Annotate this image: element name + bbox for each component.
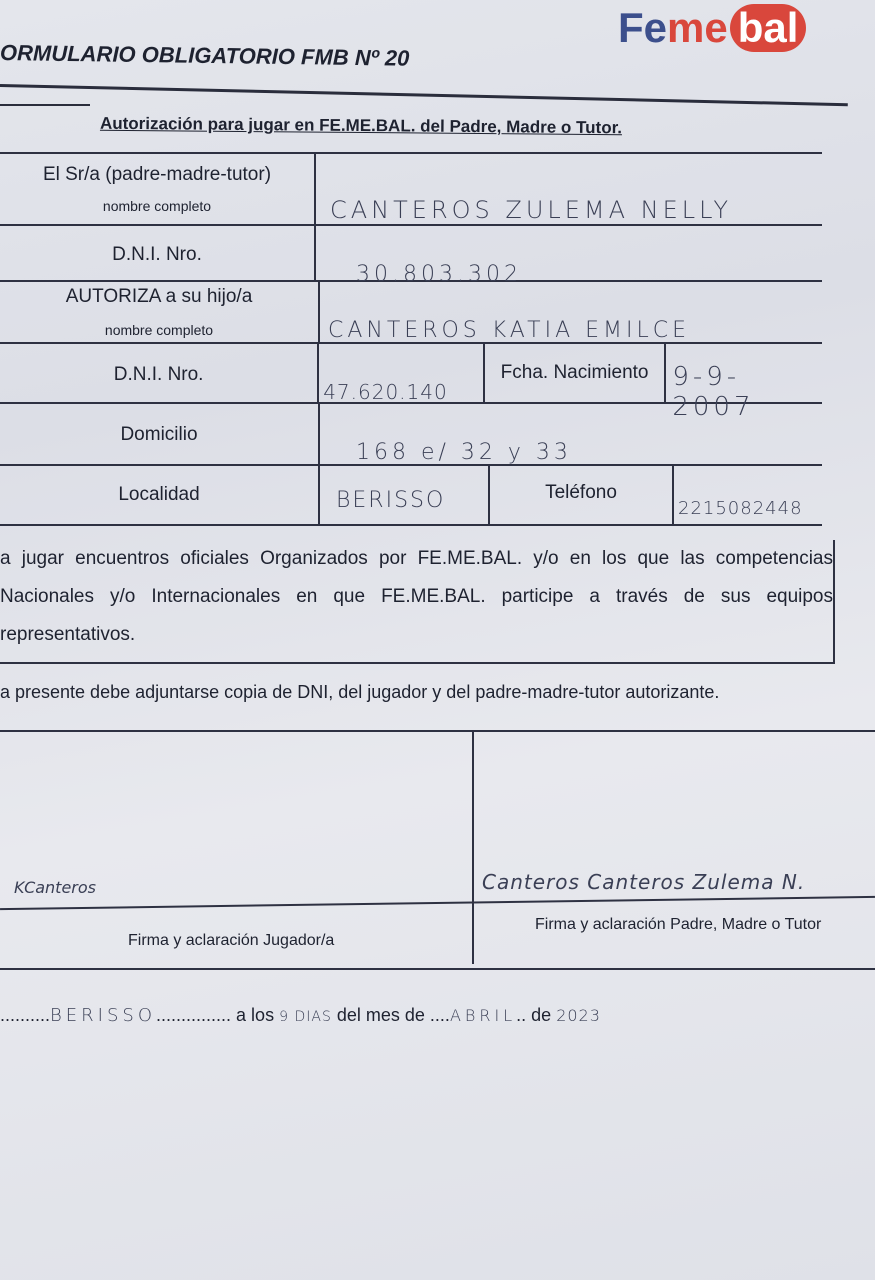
city-label: Localidad	[0, 466, 320, 524]
parent-dni-field[interactable]: 30.803.302	[316, 226, 522, 280]
birth-label: Fcha. Nacimiento	[485, 344, 667, 402]
child-name-field[interactable]: CANTEROS KATIA EMILCE	[320, 282, 690, 342]
birth-field[interactable]: 9-9-2007	[666, 344, 822, 402]
dni-note: a presente debe adjuntarse copia de DNI,…	[0, 682, 719, 703]
de-text: de	[531, 1005, 551, 1025]
divider	[0, 84, 848, 106]
city-field[interactable]: BERISSO	[320, 466, 490, 524]
player-signature-label: Firma y aclaración Jugador/a	[128, 932, 334, 950]
signature-line	[0, 896, 875, 910]
place-date-line: ..........BERISSO............... a los 9…	[0, 1005, 601, 1026]
address-label: Domicilio	[0, 404, 320, 464]
year-field[interactable]: 2023	[556, 1006, 601, 1025]
child-dni-label: D.N.I. Nro.	[0, 344, 319, 402]
form-subtitle: Autorización para jugar en FE.ME.BAL. de…	[100, 114, 622, 139]
parent-dni-label: D.N.I. Nro.	[0, 226, 316, 280]
day-field[interactable]: 9 DIAS	[279, 1009, 332, 1025]
authorization-paragraph: a jugar encuentros oficiales Organizados…	[0, 540, 835, 664]
child-name-label: nombre completo	[0, 322, 318, 338]
signature-section: KCanteros Canteros Canteros Zulema N. Fi…	[0, 730, 875, 970]
player-signature[interactable]: KCanteros	[14, 878, 96, 897]
del-mes-text: del mes de	[337, 1005, 425, 1025]
logo-me: me	[667, 4, 728, 52]
parent-name-field[interactable]: CANTEROS ZULEMA NELLY	[316, 154, 732, 224]
logo-fe: Fe	[618, 4, 667, 52]
phone-label: Teléfono	[490, 466, 674, 524]
phone-field[interactable]: 2215082448	[674, 466, 803, 524]
a-los-text: a los	[236, 1005, 274, 1025]
form-title: ORMULARIO OBLIGATORIO FMB Nº 20	[0, 40, 409, 72]
parent-name-label: nombre completo	[0, 198, 314, 214]
divider	[0, 104, 90, 106]
authorization-table: El Sr/a (padre-madre-tutor) nombre compl…	[0, 152, 822, 526]
month-field[interactable]: ABRIL	[450, 1006, 516, 1025]
parent-signature-label: Firma y aclaración Padre, Madre o Tutor	[535, 916, 821, 934]
signature-divider	[472, 732, 474, 964]
parent-label: El Sr/a (padre-madre-tutor)	[0, 164, 314, 186]
place-field[interactable]: BERISSO	[50, 1005, 156, 1026]
child-dni-field[interactable]: 47.620.140	[319, 344, 485, 402]
address-field[interactable]: 168 e/ 32 y 33	[320, 404, 572, 464]
logo-bal: bal	[730, 4, 807, 52]
parent-signature[interactable]: Canteros Canteros Zulema N.	[482, 870, 805, 894]
child-label: AUTORIZA a su hijo/a	[0, 286, 318, 308]
femebal-logo: Femebal	[618, 4, 806, 52]
